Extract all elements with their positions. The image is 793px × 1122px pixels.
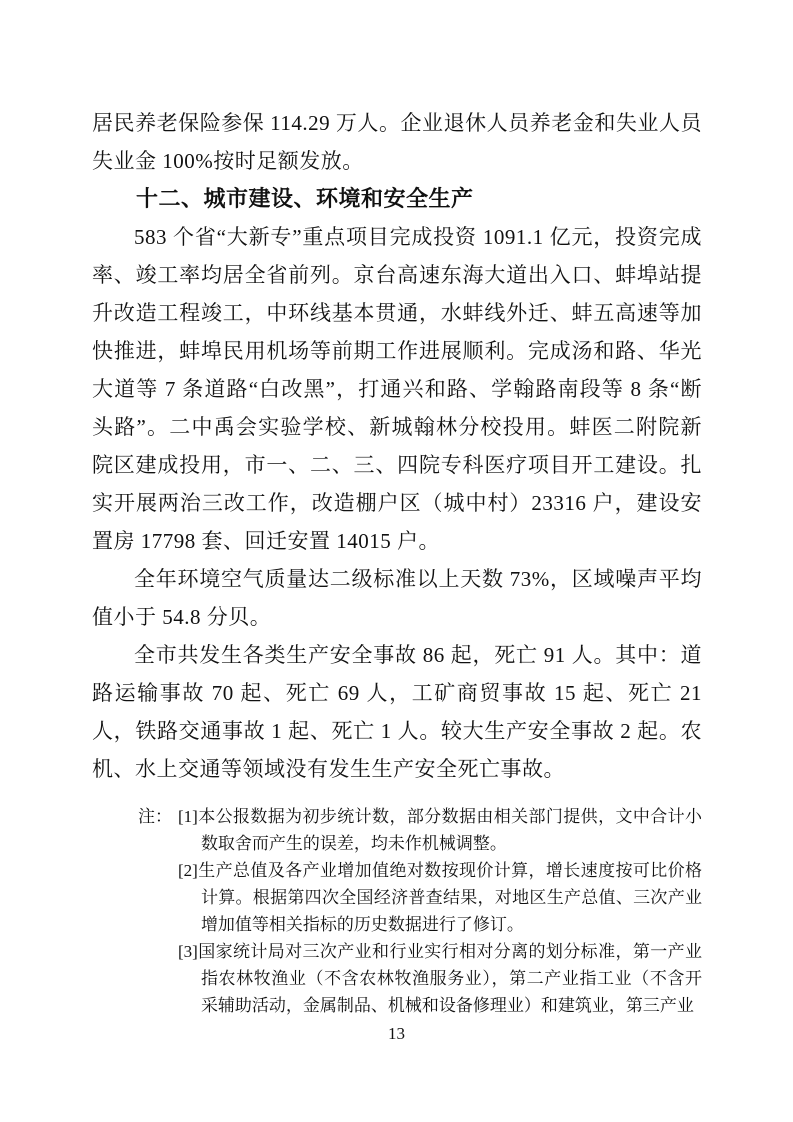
notes-section: 注： [1]本公报数据为初步统计数，部分数据由相关部门提供，文中合计小数取舍而产… — [138, 803, 702, 1019]
body-paragraph: 583 个省“大新专”重点项目完成投资 1091.1 亿元，投资完成率、竣工率均… — [92, 218, 702, 560]
section-heading: 十二、城市建设、环境和安全生产 — [92, 180, 702, 218]
note-item: [2]生产总值及各产业增加值绝对数按现价计算，增长速度按可比价格计算。根据第四次… — [178, 857, 702, 938]
note-list: [1]本公报数据为初步统计数，部分数据由相关部门提供，文中合计小数取舍而产生的误… — [178, 803, 702, 1019]
carryover-paragraph: 居民养老保险参保 114.29 万人。企业退休人员养老金和失业人员失业金 100… — [92, 104, 702, 180]
body-paragraph: 全市共发生各类生产安全事故 86 起，死亡 91 人。其中：道路运输事故 70 … — [92, 636, 702, 788]
page-content: 居民养老保险参保 114.29 万人。企业退休人员养老金和失业人员失业金 100… — [92, 104, 702, 1019]
note-item: [3]国家统计局对三次产业和行业实行相对分离的划分标准，第一产业指农林牧渔业（不… — [178, 938, 702, 1019]
page-number: 13 — [0, 1022, 793, 1046]
body-paragraph: 全年环境空气质量达二级标准以上天数 73%，区域噪声平均值小于 54.8 分贝。 — [92, 560, 702, 636]
note-item: [1]本公报数据为初步统计数，部分数据由相关部门提供，文中合计小数取舍而产生的误… — [178, 803, 702, 857]
notes-label: 注： — [138, 803, 172, 830]
document-page: 居民养老保险参保 114.29 万人。企业退休人员养老金和失业人员失业金 100… — [0, 0, 793, 1122]
